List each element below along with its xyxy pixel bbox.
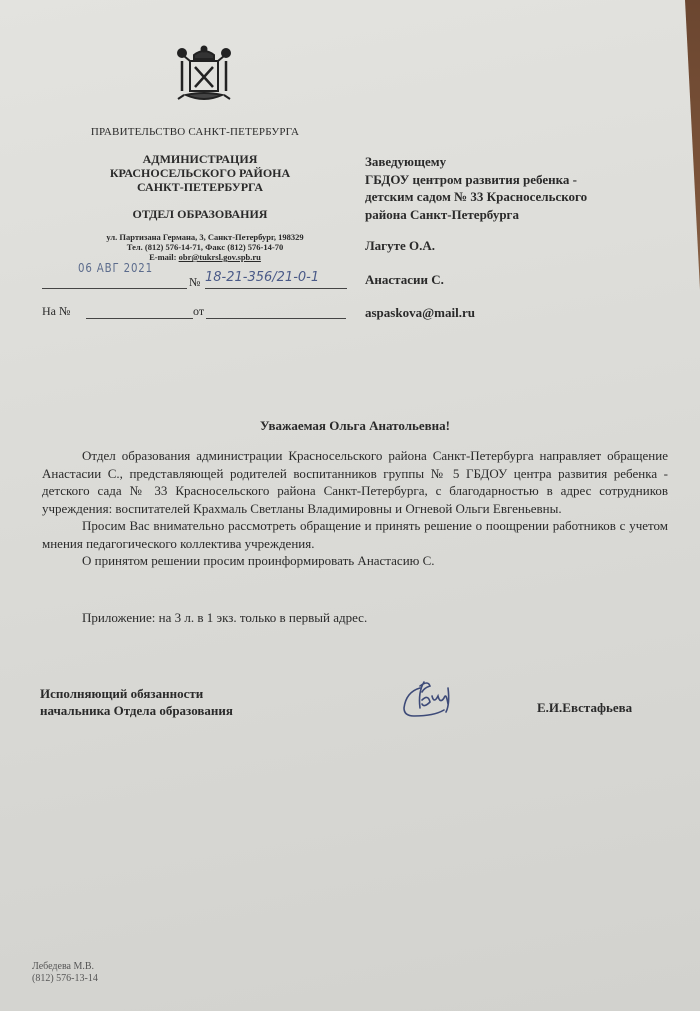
body-paragraph: О принятом решении просим проинформирова… [42, 552, 668, 570]
recipient-line: района Санкт-Петербурга [365, 206, 655, 224]
government-name: ПРАВИТЕЛЬСТВО САНКТ-ПЕТЕРБУРГА [60, 126, 330, 138]
department-contacts: ул. Партизана Германа, 3, Санкт-Петербур… [55, 232, 355, 262]
copy-recipient: Анастасии С. [365, 272, 444, 288]
date-stamp: 06 АВГ 2021 [78, 261, 153, 275]
department-name: ОТДЕЛ ОБРАЗОВАНИЯ [55, 207, 345, 222]
signatory-title-line: начальника Отдела образования [40, 702, 233, 719]
recipient-name: Лагуте О.А. [365, 238, 435, 254]
address: ул. Партизана Германа, 3, Санкт-Петербур… [55, 232, 355, 242]
letter-page: ПРАВИТЕЛЬСТВО САНКТ-ПЕТЕРБУРГА АДМИНИСТР… [0, 0, 700, 1011]
executor-block: Лебедева М.В. (812) 576-13-14 [32, 961, 98, 985]
coat-of-arms-icon [172, 43, 236, 107]
recipient-line: Заведующему [365, 153, 655, 171]
executor-phone: (812) 576-13-14 [32, 973, 98, 985]
salutation: Уважаемая Ольга Анатольевна! [40, 418, 670, 434]
handwritten-signature-icon [398, 678, 462, 722]
reference-from-label: от [193, 304, 204, 319]
administration-name: АДМИНИСТРАЦИЯ КРАСНОСЕЛЬСКОГО РАЙОНА САН… [55, 152, 345, 194]
registration-number: 18-21-356/21-0-1 [205, 270, 347, 289]
reference-number-blank [86, 318, 193, 319]
body-paragraph: Просим Вас внимательно рассмотреть обращ… [42, 517, 668, 552]
recipient-email[interactable]: aspaskova@mail.ru [365, 305, 475, 321]
reference-number-label: На № [42, 304, 70, 319]
phone-fax: Тел. (812) 576-14-71, Факс (812) 576-14-… [55, 242, 355, 252]
email-label: E-mail: [149, 252, 179, 262]
admin-line: АДМИНИСТРАЦИЯ [55, 152, 345, 166]
executor-name: Лебедева М.В. [32, 961, 98, 973]
reference-date-blank [206, 318, 346, 319]
admin-line: КРАСНОСЕЛЬСКОГО РАЙОНА [55, 166, 345, 180]
recipient-line: ГБДОУ центром развития ребенка - [365, 171, 655, 189]
recipient-block: Заведующему ГБДОУ центром развития ребен… [365, 153, 655, 223]
body-paragraph: Отдел образования администрации Красносе… [42, 447, 668, 517]
recipient-line: детским садом № 33 Красносельского [365, 188, 655, 206]
signatory-name: Е.И.Евстафьева [537, 700, 632, 716]
letter-body: Отдел образования администрации Красносе… [42, 447, 668, 570]
department-email-link[interactable]: obr@tukrsl.gov.spb.ru [179, 252, 261, 262]
date-line [42, 288, 187, 289]
signatory-title: Исполняющий обязанности начальника Отдел… [40, 685, 233, 719]
admin-line: САНКТ-ПЕТЕРБУРГА [55, 180, 345, 194]
signatory-title-line: Исполняющий обязанности [40, 685, 233, 702]
registration-number-label: № [189, 275, 200, 290]
attachment-note: Приложение: на 3 л. в 1 экз. только в пе… [82, 610, 367, 626]
